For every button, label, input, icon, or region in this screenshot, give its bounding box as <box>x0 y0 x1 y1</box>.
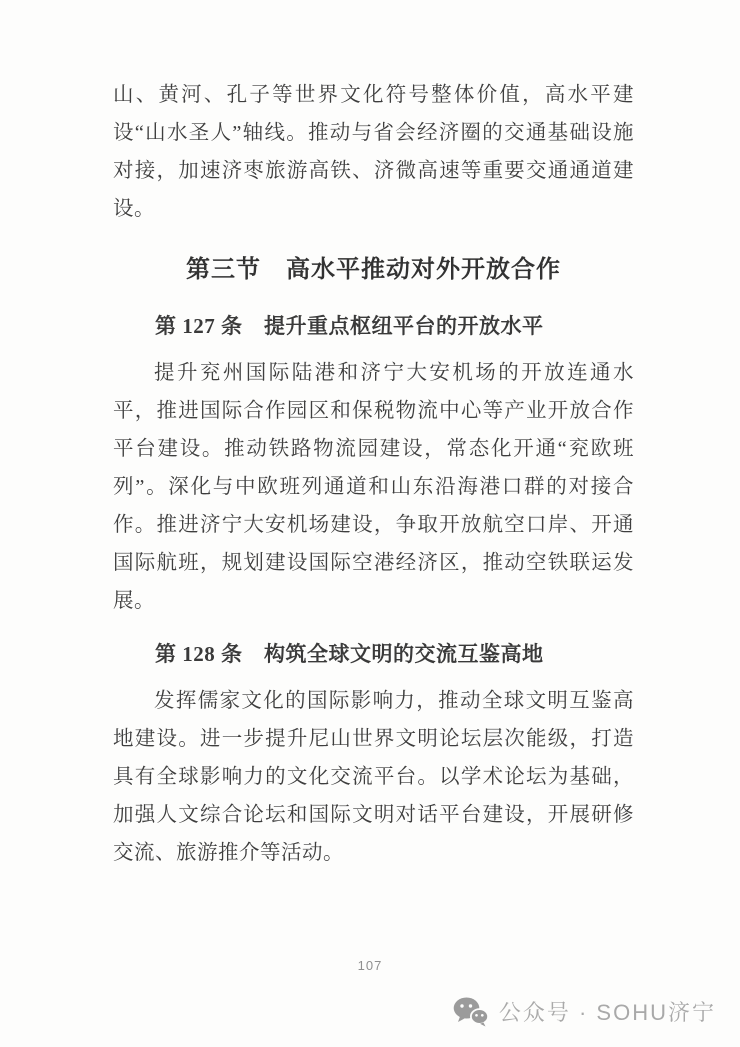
document-page: 山、黄河、孔子等世界文化符号整体价值，高水平建设“山水圣人”轴线。推动与省会经济… <box>0 0 740 1047</box>
page-content: 山、黄河、孔子等世界文化符号整体价值，高水平建设“山水圣人”轴线。推动与省会经济… <box>113 76 634 872</box>
watermark: 公众号 · SOHU济宁 <box>453 996 716 1027</box>
article-128-body: 发挥儒家文化的国际影响力，推动全球文明互鉴高地建设。进一步提升尼山世界文明论坛层… <box>113 682 634 872</box>
article-128-heading: 第 128 条 构筑全球文明的交流互鉴高地 <box>113 640 634 668</box>
page-number: 107 <box>0 958 740 973</box>
paragraph-continuation: 山、黄河、孔子等世界文化符号整体价值，高水平建设“山水圣人”轴线。推动与省会经济… <box>113 76 634 228</box>
article-127-body: 提升兖州国际陆港和济宁大安机场的开放连通水平，推进国际合作园区和保税物流中心等产… <box>113 354 634 620</box>
wechat-icon <box>453 997 489 1027</box>
section-heading: 第三节 高水平推动对外开放合作 <box>113 254 634 286</box>
watermark-text: 公众号 · SOHU济宁 <box>499 996 716 1027</box>
article-127-heading: 第 127 条 提升重点枢纽平台的开放水平 <box>113 312 634 340</box>
